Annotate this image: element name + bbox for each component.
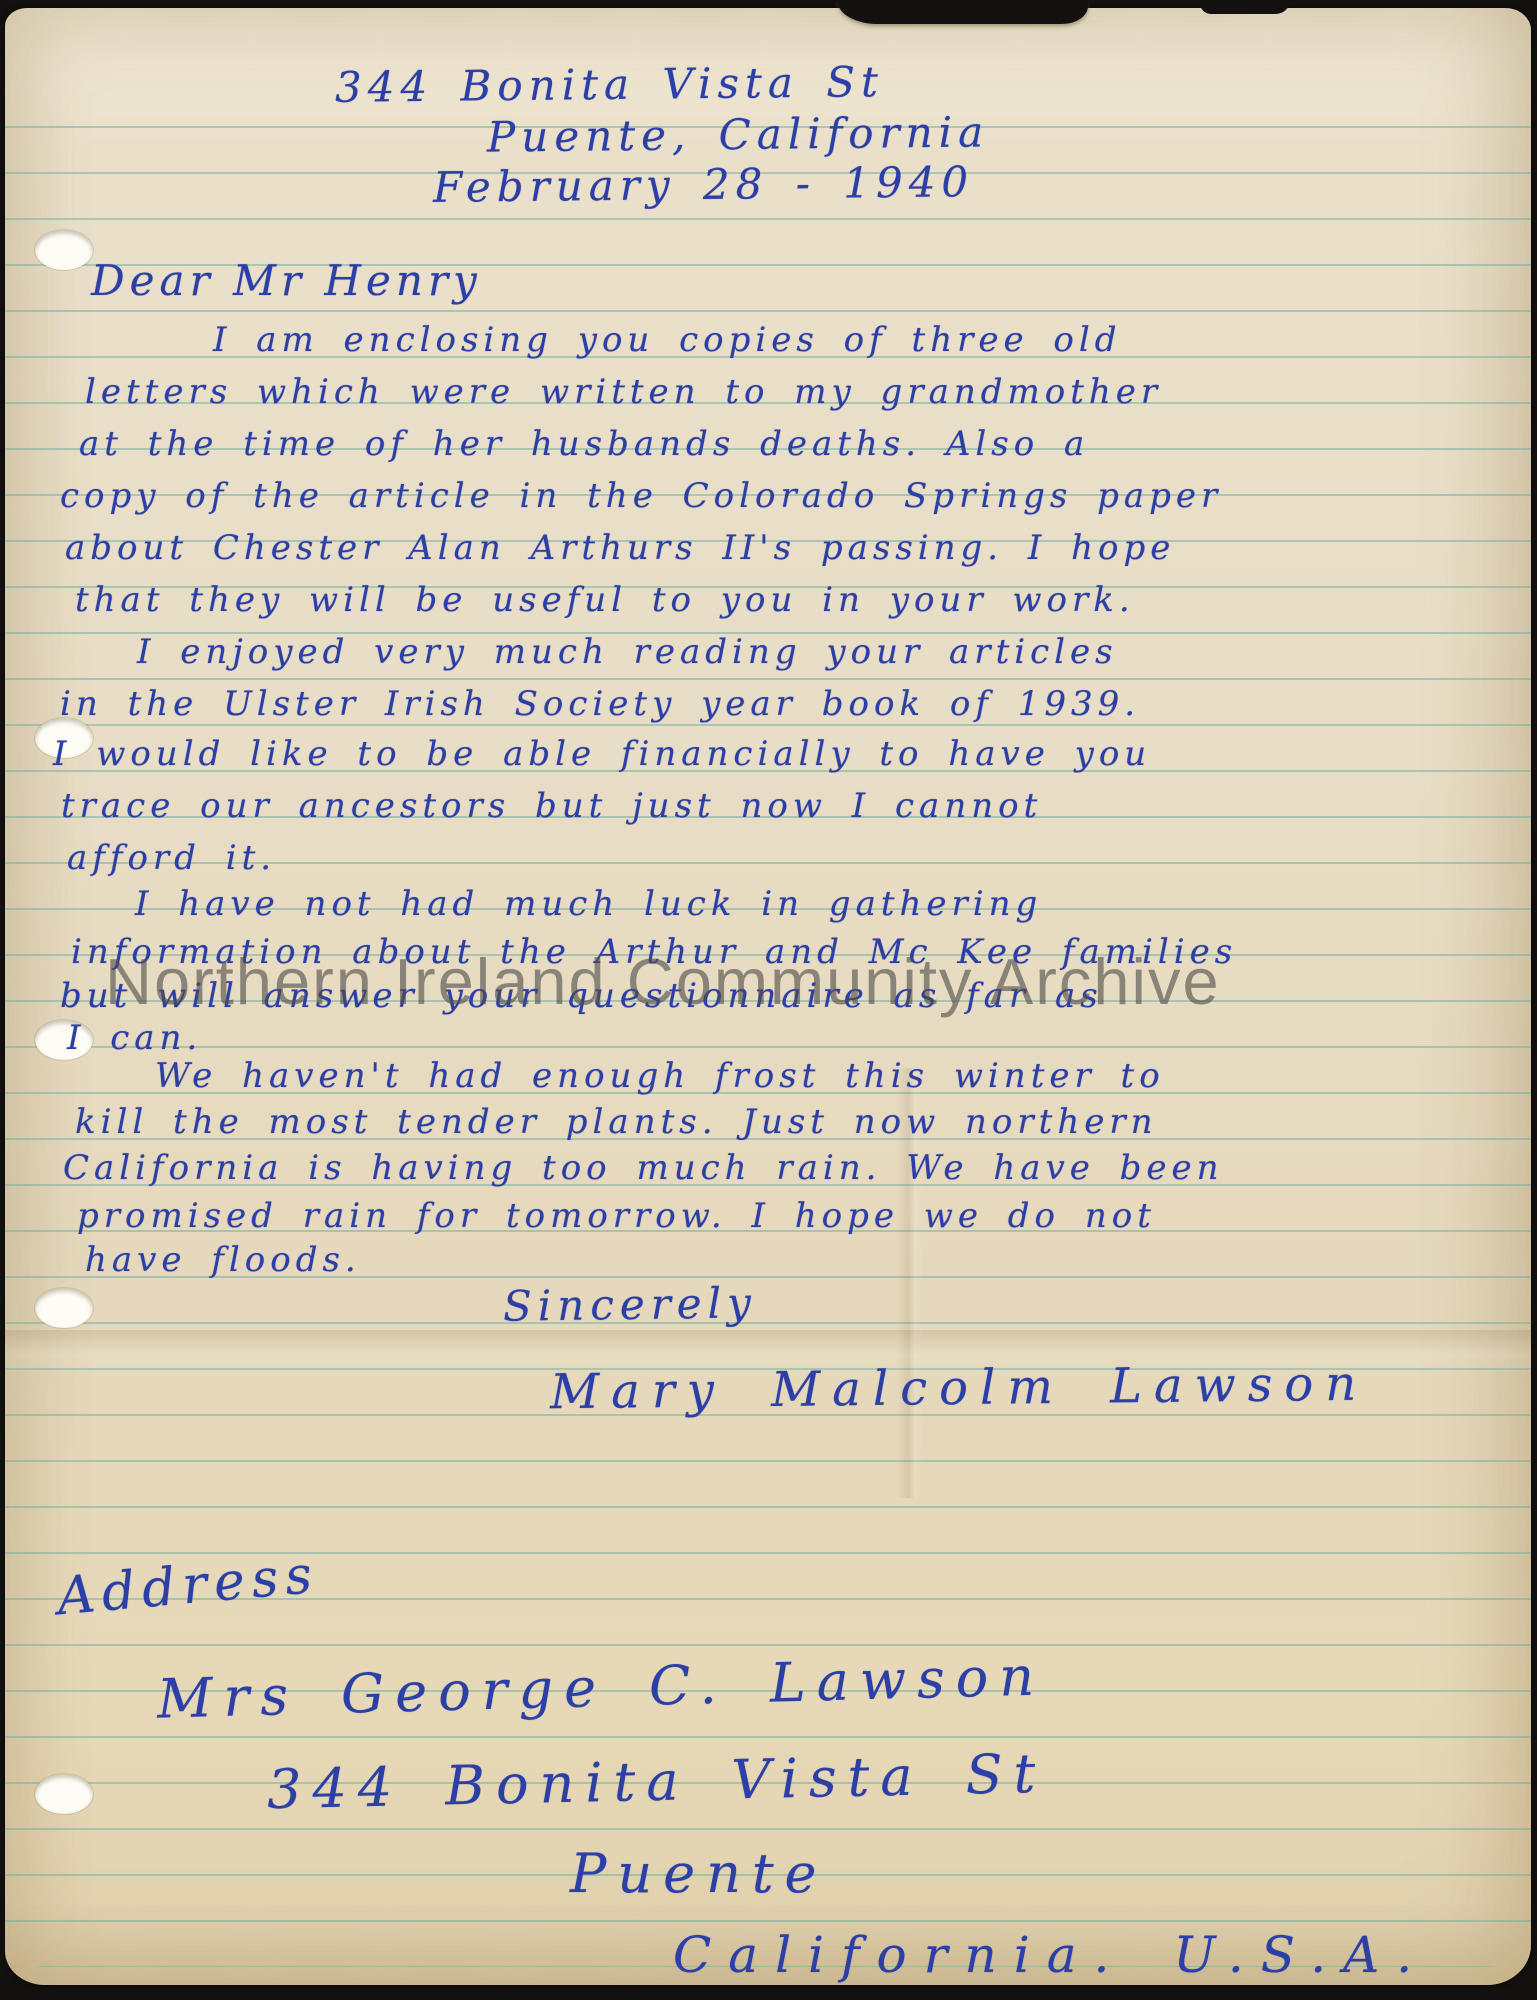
address-label: Address [55,1545,321,1628]
body-line: have floods. [85,1240,361,1280]
body-line: I enjoyed very much reading your article… [137,632,1118,672]
body-line: in the Ulster Irish Society year book of… [60,684,1140,724]
punch-hole [35,230,93,270]
punch-hole [35,1774,93,1814]
letter-paper: 344 Bonita Vista St Puente, California F… [5,8,1531,1985]
return-address-city: Puente, California [487,107,990,161]
punch-hole [35,1288,93,1328]
return-address-street: 344 Bonita Vista St [335,57,884,112]
address-line: 344 Bonita Vista St [266,1742,1046,1821]
address-line: Mrs George C. Lawson [156,1644,1045,1730]
archive-watermark: Northern Ireland Community Archive [105,944,1221,1019]
body-line: about Chester Alan Arthurs II's passing.… [65,528,1175,568]
body-line: I have not had much luck in gathering [135,884,1042,924]
body-line: I can. [67,1018,202,1058]
body-line: kill the most tender plants. Just now no… [75,1102,1158,1142]
body-line: afford it. [67,838,276,878]
date-line: February 28 - 1940 [433,157,975,212]
paper-tear [838,0,1088,24]
body-line: promised rain for tomorrow. I hope we do… [77,1196,1156,1236]
paper-tear [1200,0,1290,14]
signature: Mary Malcolm Lawson [550,1356,1369,1421]
body-line: trace our ancestors but just now I canno… [61,786,1042,826]
body-line: California is having too much rain. We h… [63,1148,1224,1188]
body-line: I would like to be able financially to h… [53,734,1151,774]
body-line: letters which were written to my grandmo… [85,372,1162,412]
salutation: Dear Mr Henry [91,256,482,305]
closing: Sincerely [503,1278,757,1331]
body-line: I am enclosing you copies of three old [213,320,1122,360]
body-line: that they will be useful to you in your … [75,580,1135,620]
body-line: copy of the article in the Colorado Spri… [60,476,1222,516]
address-line: California. U.S.A. [673,1926,1429,1984]
scanned-letter-page: 344 Bonita Vista St Puente, California F… [0,0,1537,2000]
address-line: Puente [570,1842,828,1905]
body-line: at the time of her husbands deaths. Also… [79,424,1089,464]
body-line: We haven't had enough frost this winter … [155,1056,1165,1096]
